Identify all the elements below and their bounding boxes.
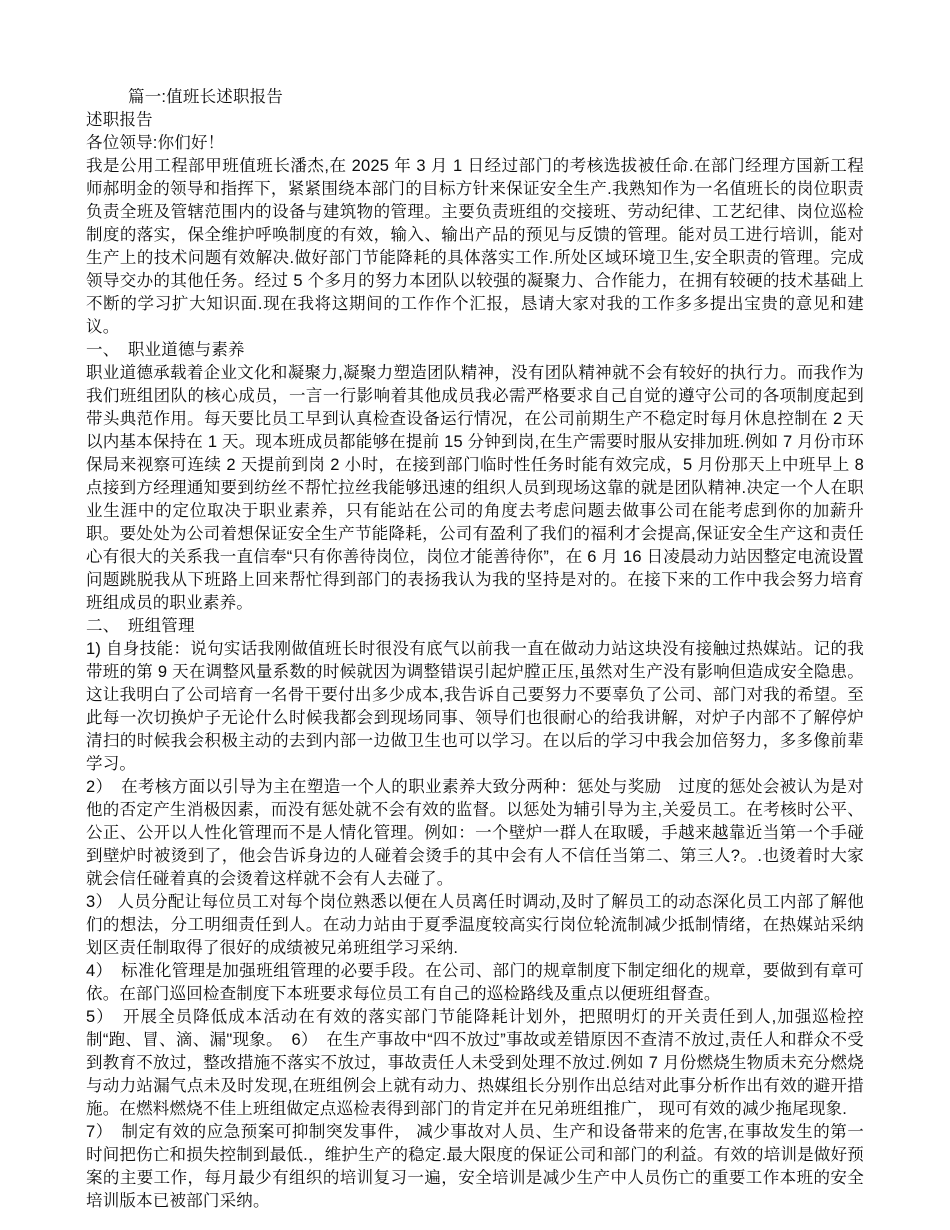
report-title: 篇一:值班长述职报告 — [86, 86, 864, 109]
section-2-item-2: 2） 在考核方面以引导为主在塑造一个人的职业素养大致分两种：惩处与奖励 过度的惩… — [86, 776, 864, 891]
section-2-item-1: 1) 自身技能：说句实话我刚做值班长时很没有底气以前我一直在做动力站这块没有接触… — [86, 638, 864, 776]
section-2-heading: 二、 班组管理 — [86, 615, 864, 638]
report-subtitle: 述职报告 — [86, 109, 864, 132]
section-2-item-7: 7） 制定有效的应急预案可抑制突发事件， 减少事故对人员、生产和设备带来的危害,… — [86, 1121, 864, 1213]
report-document: 篇一:值班长述职报告 述职报告 各位领导:你们好！ 我是公用工程部甲班值班长潘杰… — [86, 86, 864, 1213]
section-2-item-3: 3） 人员分配让每位员工对每个岗位熟悉以便在人员离任时调动,及时了解员工的动态深… — [86, 891, 864, 960]
section-1-heading: 一、 职业道德与素养 — [86, 339, 864, 362]
section-2-item-4: 4） 标准化管理是加强班组管理的必要手段。在公司、部门的规章制度下制定细化的规章… — [86, 960, 864, 1006]
section-2-item-5-6: 5） 开展全员降低成本活动在有效的落实部门节能降耗计划外，把照明灯的开关责任到人… — [86, 1006, 864, 1121]
greeting-line: 各位领导:你们好！ — [86, 132, 864, 155]
intro-paragraph: 我是公用工程部甲班值班长潘杰,在 2025 年 3 月 1 日经过部门的考核选拔… — [86, 155, 864, 339]
section-1-body: 职业道德承载着企业文化和凝聚力,凝聚力塑造团队精神，没有团队精神就不会有较好的执… — [86, 362, 864, 615]
